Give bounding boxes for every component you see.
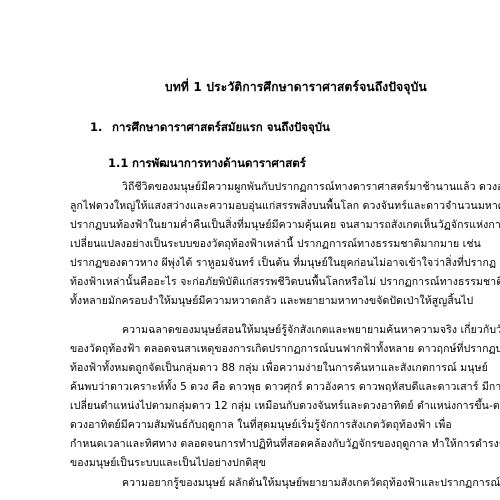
paragraph-line: ปรากฏบนท้องฟ้าในยามค่ำคืนเป็นสิ่งที่มนุษ… — [70, 218, 500, 232]
subsection-heading: 1.1 การพัฒนาการทางด้านดาราศาสตร์ — [108, 155, 306, 173]
paragraph-line: ท้องฟ้าทั้งหมดถูกจัดเป็นกลุ่มดาว 88 กลุ่… — [70, 361, 488, 375]
paragraph-line: ลูกไฟดวงใหญ่ให้แสงสว่างและความอบอุ่นแก่ส… — [70, 199, 500, 213]
chapter-title: บทที่ 1 ประวัติการศึกษาดาราศาสตร์จนถึงปั… — [165, 78, 427, 97]
paragraph-line: เปลี่ยนแปลงอย่างเป็นระบบของวัตถุท้องฟ้าเ… — [70, 237, 481, 251]
paragraph-line: ดวงอาทิตย์มีความสัมพันธ์กับฤดูกาล ในที่ส… — [70, 418, 452, 432]
paragraph-line: ทั้งหลายมักครอบงำให้มนุษย์มีความหวาดกลัว… — [70, 294, 473, 308]
section-number: 1. — [90, 120, 112, 134]
paragraph-line: ของมนุษย์เป็นระบบและเป็นไปอย่างปกติสุข — [70, 456, 266, 470]
paragraph-line: วิถีชีวิตของมนุษย์มีความผูกพันกับปรากฏกา… — [122, 180, 500, 194]
paragraph-line: ท้องฟ้าเหล่านั้นคืออะไร จะก่อภัยพิบัติแก… — [70, 275, 500, 289]
subsection-number: 1.1 — [108, 156, 128, 170]
paragraph-line: ความฉลาดของมนุษย์สอนให้มนุษย์รู้จักสังเก… — [122, 323, 500, 337]
paragraph-line: ปรากฏของดาวหาง ผีพุ่งไต้ ราหูอมจันทร์ เป… — [70, 256, 496, 270]
section-heading: 1.การศึกษาดาราศาสตร์สมัยแรก จนถึงปัจจุบั… — [90, 119, 330, 137]
paragraph-line: ของวัตถุท้องฟ้า ตลอดจนสาเหตุของการเกิดปร… — [70, 342, 500, 356]
paragraph-line: เปลี่ยนตำแหน่งไปตามกลุ่มดาว 12 กลุ่ม เหม… — [70, 399, 500, 413]
paragraph-line: ความอยากรู้ของมนุษย์ ผลักดันให้มนุษย์พยา… — [122, 476, 500, 490]
subsection-title: การพัฒนาการทางด้านดาราศาสตร์ — [132, 156, 306, 170]
document-page: บทที่ 1 ประวัติการศึกษาดาราศาสตร์จนถึงปั… — [0, 0, 500, 500]
section-title: การศึกษาดาราศาสตร์สมัยแรก จนถึงปัจจุบัน — [112, 120, 330, 134]
paragraph-line: กำหนดเวลาและทิศทาง ตลอดจนการทำปฏิทินที่ส… — [70, 437, 500, 451]
paragraph-line: ค้นพบว่าดาวเคราะห์ทั้ง 5 ดวง คือ ดาวพุธ … — [70, 380, 500, 394]
